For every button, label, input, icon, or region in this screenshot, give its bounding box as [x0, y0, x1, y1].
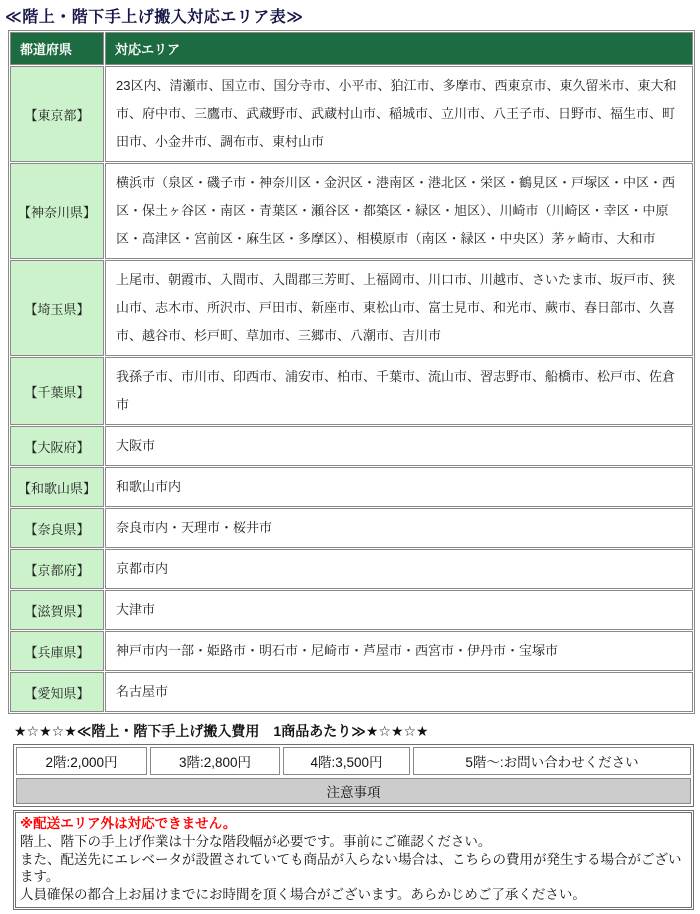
column-header-prefecture: 都道府県: [10, 32, 104, 65]
fee-cell-2f: 2階:2,000円: [16, 747, 147, 775]
table-row-nara: 【奈良県】 奈良市内・天理市・桜井市: [10, 508, 693, 548]
page-title: ≪階上・階下手上げ搬入対応エリア表≫: [4, 2, 696, 30]
prefecture-cell: 【兵庫県】: [10, 631, 104, 671]
area-cell: 我孫子市、市川市、印西市、浦安市、柏市、千葉市、流山市、習志野市、船橋市、松戸市…: [105, 357, 693, 425]
area-cell: 横浜市（泉区・磯子市・神奈川区・金沢区・港南区・港北区・栄区・鶴見区・戸塚区・中…: [105, 163, 693, 259]
prefecture-cell: 【和歌山県】: [10, 467, 104, 507]
fee-row: 2階:2,000円 3階:2,800円 4階:3,500円 5階～:お問い合わせ…: [16, 747, 691, 775]
prefecture-cell: 【京都府】: [10, 549, 104, 589]
notes-content: ※配送エリア外は対応できません。 階上、階下の手上げ作業は十分な階段幅が必要です…: [15, 812, 692, 908]
note-line: 人員確保の都合上お届けまでにお時間を頂く場合がございます。あらかじめご了承くださ…: [20, 886, 687, 904]
area-cell: 23区内、清瀬市、国立市、国分寺市、小平市、狛江市、多摩市、西東京市、東久留米市…: [105, 66, 693, 162]
table-row-chiba: 【千葉県】 我孫子市、市川市、印西市、浦安市、柏市、千葉市、流山市、習志野市、船…: [10, 357, 693, 425]
fee-table: 2階:2,000円 3階:2,800円 4階:3,500円 5階～:お問い合わせ…: [13, 744, 694, 807]
table-row-aichi: 【愛知県】 名古屋市: [10, 672, 693, 712]
table-row-kanagawa: 【神奈川県】 横浜市（泉区・磯子市・神奈川区・金沢区・港南区・港北区・栄区・鶴見…: [10, 163, 693, 259]
table-row-hyogo: 【兵庫県】 神戸市内一部・姫路市・明石市・尼崎市・芦屋市・西宮市・伊丹市・宝塚市: [10, 631, 693, 671]
prefecture-cell: 【東京都】: [10, 66, 104, 162]
prefecture-cell: 【奈良県】: [10, 508, 104, 548]
area-cell: 上尾市、朝霞市、入間市、入間郡三芳町、上福岡市、川口市、川越市、さいたま市、坂戸…: [105, 260, 693, 356]
page: ≪階上・階下手上げ搬入対応エリア表≫ 都道府県 対応エリア 【東京都】 23区内…: [0, 0, 700, 914]
note-line: また、配送先にエレベータが設置されていても商品が入らない場合は、こちらの費用が発…: [20, 851, 687, 887]
table-row-wakayama: 【和歌山県】 和歌山市内: [10, 467, 693, 507]
area-cell: 京都市内: [105, 549, 693, 589]
area-cell: 奈良市内・天理市・桜井市: [105, 508, 693, 548]
area-cell: 大津市: [105, 590, 693, 630]
area-cell: 神戸市内一部・姫路市・明石市・尼崎市・芦屋市・西宮市・伊丹市・宝塚市: [105, 631, 693, 671]
area-table-header-row: 都道府県 対応エリア: [10, 32, 693, 65]
prefecture-cell: 【千葉県】: [10, 357, 104, 425]
area-cell: 大阪市: [105, 426, 693, 466]
prefecture-cell: 【神奈川県】: [10, 163, 104, 259]
area-cell: 名古屋市: [105, 672, 693, 712]
prefecture-cell: 【愛知県】: [10, 672, 104, 712]
fee-cell-4f: 4階:3,500円: [283, 747, 410, 775]
table-row-osaka: 【大阪府】 大阪市: [10, 426, 693, 466]
area-table: 都道府県 対応エリア 【東京都】 23区内、清瀬市、国立市、国分寺市、小平市、狛…: [8, 30, 695, 714]
fee-cell-5f-and-up: 5階～:お問い合わせください: [413, 747, 691, 775]
table-row-shiga: 【滋賀県】 大津市: [10, 590, 693, 630]
column-header-area: 対応エリア: [105, 32, 693, 65]
fee-section-heading: ★☆★☆★≪階上・階下手上げ搬入費用 1商品あたり≫★☆★☆★: [14, 721, 696, 741]
table-row-kyoto: 【京都府】 京都市内: [10, 549, 693, 589]
table-row-saitama: 【埼玉県】 上尾市、朝霞市、入間市、入間郡三芳町、上福岡市、川口市、川越市、さい…: [10, 260, 693, 356]
warning-note: ※配送エリア外は対応できません。: [20, 815, 687, 833]
note-line: 階上、階下の手上げ作業は十分な階段幅が必要です。事前にご確認ください。: [20, 833, 687, 851]
fee-cell-3f: 3階:2,800円: [150, 747, 280, 775]
table-row-tokyo: 【東京都】 23区内、清瀬市、国立市、国分寺市、小平市、狛江市、多摩市、西東京市…: [10, 66, 693, 162]
area-cell: 和歌山市内: [105, 467, 693, 507]
prefecture-cell: 【大阪府】: [10, 426, 104, 466]
notice-header: 注意事項: [16, 778, 691, 804]
notes-box: ※配送エリア外は対応できません。 階上、階下の手上げ作業は十分な階段幅が必要です…: [13, 810, 694, 910]
prefecture-cell: 【滋賀県】: [10, 590, 104, 630]
prefecture-cell: 【埼玉県】: [10, 260, 104, 356]
